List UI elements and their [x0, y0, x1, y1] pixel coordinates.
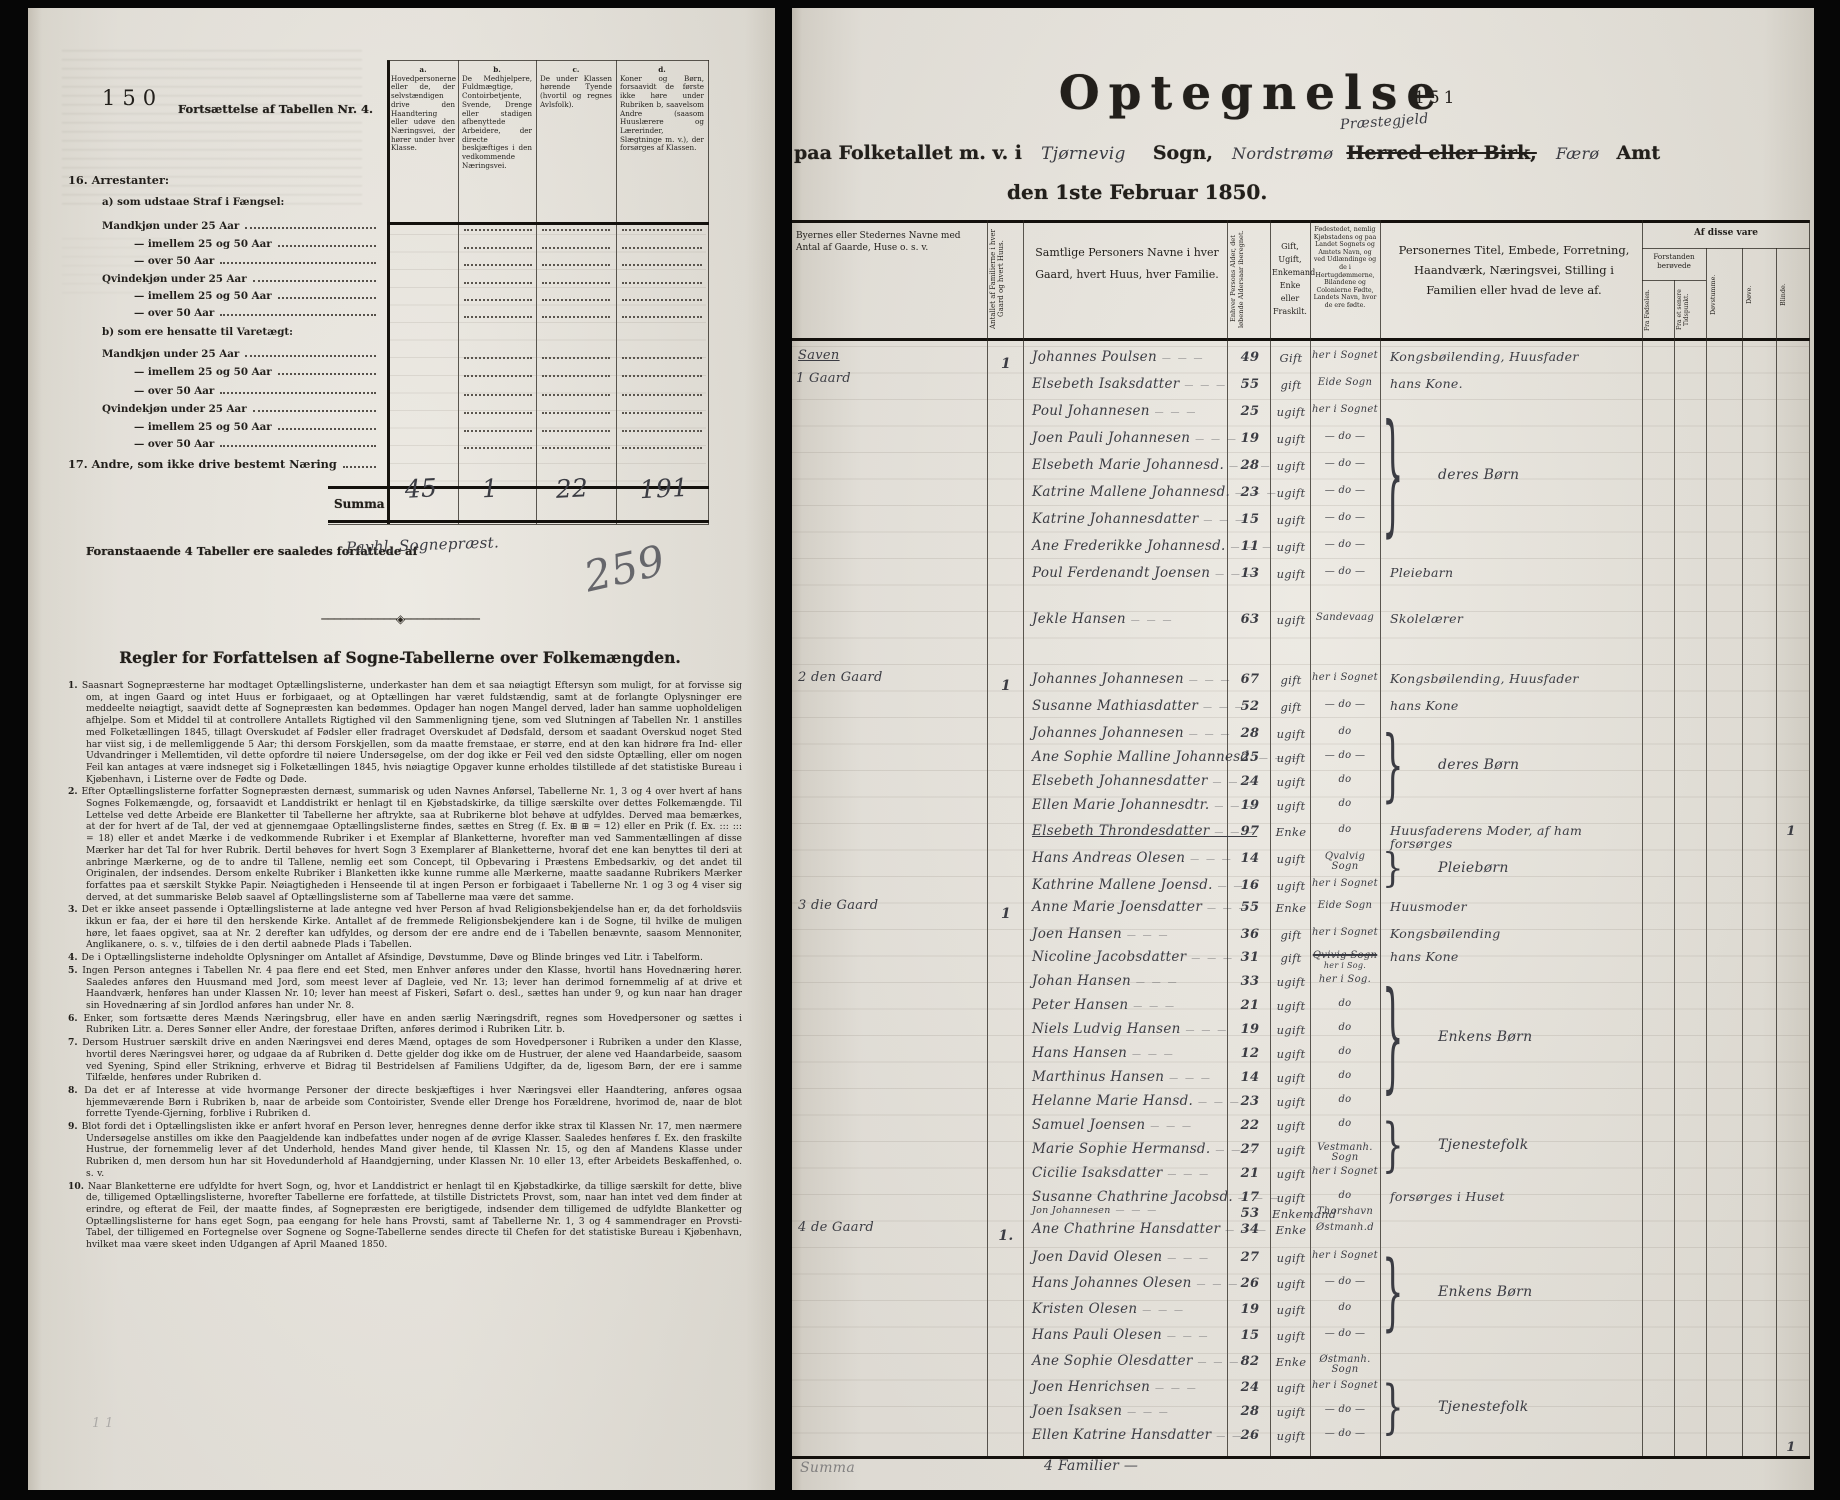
person-age: 55 [1234, 900, 1266, 915]
person-marital-status: ugift [1272, 1023, 1310, 1037]
summa-value: 22 [551, 473, 592, 504]
table-row-label: — imellem 25 og 50 Aar [134, 290, 380, 302]
person-birthplace: do [1312, 1303, 1378, 1313]
empty-dotted-cell [542, 446, 610, 449]
column-header-text: Koner og Børn, forsaavidt de første ikke… [620, 74, 704, 153]
amt-label: Amt [1616, 142, 1660, 164]
person-name: Johan Hansen [1032, 973, 1179, 989]
faint-pencil-mark: 1 1 [92, 1416, 114, 1431]
row-label: — over 50 Aar [134, 438, 214, 450]
person-name: Cicilie Isaksdatter [1032, 1165, 1210, 1181]
row-label: — imellem 25 og 50 Aar [134, 290, 272, 302]
person-age: 53 [1234, 1206, 1266, 1221]
person-marital-status: ugift [1272, 540, 1310, 554]
empty-dotted-cell [622, 446, 702, 449]
right-page: Optegnelse 151 Præstegjeld paa Folketall… [792, 8, 1814, 1490]
rule-number: 4. [68, 952, 81, 963]
header-bottom-line [792, 338, 1810, 341]
struck-birthplace: Qvivig Sogn [1313, 950, 1378, 961]
person-birthplace: her i Sognet [1312, 405, 1378, 415]
person-name: Katrine Johannesdatter [1032, 511, 1246, 527]
table-row-label: Qvindekjøn under 25 Aar [102, 403, 380, 415]
person-marital-status: gift [1272, 700, 1310, 714]
person-occupation: forsørges i Huset [1390, 1190, 1600, 1203]
table-row-label: 16. Arrestanter: [68, 173, 380, 187]
empty-dotted-cell [464, 446, 532, 449]
person-name: Niels Ludvig Hansen [1032, 1021, 1228, 1037]
person-age: 21 [1234, 998, 1266, 1013]
person-birthplace: — do — [1312, 486, 1378, 496]
rule-item: 6. Enker, som fortsætte deres Mænds Næri… [68, 1013, 742, 1036]
person-birthplace: do [1312, 999, 1378, 1009]
person-age: 27 [1234, 1142, 1266, 1157]
person-occupation: Huusmoder [1390, 900, 1600, 913]
person-birthplace: — do — [1312, 751, 1378, 761]
group-label: deres Børn [1438, 467, 1519, 483]
person-marital-status: ugift [1272, 405, 1310, 419]
empty-dotted-cell [464, 374, 532, 377]
rule-number: 9. [68, 1121, 82, 1132]
empty-dotted-cell [542, 374, 610, 377]
person-birthplace: Thorshavn [1312, 1207, 1378, 1217]
summa-value: 191 [635, 473, 692, 505]
group2-header-line [1642, 280, 1706, 281]
person-age: 14 [1234, 851, 1266, 866]
row-label: 16. Arrestanter: [68, 173, 169, 187]
table-row-label: Mandkjøn under 25 Aar [102, 348, 380, 360]
summa-value: 45 [399, 473, 442, 504]
dotted-leader [278, 296, 376, 299]
dotted-leader [220, 261, 376, 264]
person-marital-status: Enke [1272, 1355, 1310, 1369]
person-age: 63 [1234, 612, 1266, 627]
person-age: 26 [1234, 1428, 1266, 1443]
table-row-label: b) som ere hensatte til Varetægt: [102, 326, 380, 338]
household-place: Saven [798, 348, 840, 363]
header-names: Samtlige Personers Navne i hver Gaard, h… [1032, 242, 1222, 286]
person-name: Joen Hansen [1032, 926, 1170, 942]
person-birthplace: do [1312, 825, 1378, 835]
table-row-label: — imellem 25 og 50 Aar [134, 238, 380, 250]
sogn-label: Sogn, [1153, 142, 1213, 164]
person-birthplace: — do — [1312, 459, 1378, 469]
table-row-label: Qvindekjøn under 25 Aar [102, 273, 380, 285]
person-marital-status: gift [1272, 673, 1310, 687]
empty-dotted-cell [542, 429, 610, 432]
rule-item: 7. Dersom Hustruer særskilt drive en and… [68, 1037, 742, 1084]
person-marital-status: ugift [1272, 975, 1310, 989]
row-label: b) som ere hensatte til Varetægt: [102, 326, 293, 338]
empty-dotted-cell [622, 356, 702, 359]
person-name: Kathrine Mallene Joensd. [1032, 877, 1260, 893]
person-name: Jekle Hansen [1032, 611, 1174, 627]
person-marital-status: gift [1272, 928, 1310, 942]
person-marital-status: Enke [1272, 901, 1310, 915]
person-marital-status: ugift [1272, 1119, 1310, 1133]
table-row-label: — imellem 25 og 50 Aar [134, 366, 380, 378]
empty-dotted-cell [464, 298, 532, 301]
rule-number: 7. [68, 1037, 82, 1048]
person-birthplace: her i Sognet [1312, 673, 1378, 683]
rules-list: 1. Saasnart Sognepræsterne har modtaget … [68, 680, 742, 1252]
person-name: Jon Johannesen [1032, 1205, 1158, 1216]
person-marital-status: ugift [1272, 1251, 1310, 1265]
dotted-leader [343, 465, 376, 468]
household-place: 4 de Gaard [798, 1220, 874, 1235]
rule-item: 8. Da det er af Interesse at vide hvorma… [68, 1085, 742, 1120]
dotted-leader [220, 313, 376, 316]
person-name: Peter Hansen [1032, 997, 1176, 1013]
group-brace: } [1382, 845, 1404, 892]
household-family-count: 1 [992, 906, 1020, 922]
person-marital-status: ugift [1272, 852, 1310, 866]
header-doeve: Døve. [1745, 254, 1773, 336]
person-age: 26 [1234, 1276, 1266, 1291]
household-family-count: 1. [992, 1228, 1020, 1244]
row-label: Mandkjøn under 25 Aar [102, 220, 239, 232]
dotted-leader [245, 354, 376, 357]
person-age: 23 [1234, 1094, 1266, 1109]
empty-dotted-cell [464, 315, 532, 318]
table-continuation-title: Fortsættelse af Tabellen Nr. 4. [178, 102, 373, 116]
person-birthplace: — do — [1312, 540, 1378, 550]
column-header-d: d. Koner og Børn, forsaavidt de første i… [620, 66, 704, 153]
person-marital-status: Enke [1272, 825, 1310, 839]
table-row-label: — imellem 25 og 50 Aar [134, 421, 380, 433]
page-number: 150 [102, 86, 163, 110]
rule-number: 2. [68, 786, 81, 797]
rule-item: 10. Naar Blanketterne ere udfyldte for h… [68, 1181, 742, 1251]
person-age: 11 [1234, 539, 1266, 554]
person-name: Joen David Olesen [1032, 1249, 1210, 1265]
person-age: 28 [1234, 458, 1266, 473]
blinde-mark: 1 [1776, 824, 1806, 839]
person-age: 55 [1234, 377, 1266, 392]
empty-dotted-cell [542, 411, 610, 414]
rule-number: 10. [68, 1181, 88, 1192]
empty-dotted-cell [542, 298, 610, 301]
person-occupation: Kongsbøilending, Huusfader [1390, 350, 1600, 363]
person-name: Marie Sophie Hermansd. [1032, 1141, 1258, 1157]
header-doevstumme: Døvstumme. [1709, 254, 1739, 336]
person-name: Joen Pauli Johannesen [1032, 430, 1238, 446]
person-marital-status: ugift [1272, 1405, 1310, 1419]
rule-item: 5. Ingen Person antegnes i Tabellen Nr. … [68, 965, 742, 1012]
person-name: Johannes Johannesen [1032, 725, 1231, 741]
person-marital-status: ugift [1272, 727, 1310, 741]
empty-dotted-cell [542, 356, 610, 359]
group-label: Enkens Børn [1438, 1284, 1532, 1300]
dotted-leader [278, 372, 376, 375]
group-label: Tjenestefolk [1438, 1399, 1529, 1415]
dotted-leader [245, 226, 376, 229]
person-birthplace: Østmanh. Sogn [1312, 1355, 1378, 1375]
person-birthplace: Eide Sogn [1312, 901, 1378, 911]
table-row-label: Mandkjøn under 25 Aar [102, 220, 380, 232]
person-birthplace: — do — [1312, 567, 1378, 577]
person-age: 97 [1234, 824, 1266, 839]
person-age: 49 [1234, 350, 1266, 365]
person-age: 21 [1234, 1166, 1266, 1181]
person-name: Marthinus Hansen [1032, 1069, 1212, 1085]
column-header-b: b. De Medhjelpere, Fuldmægtige, Contoirb… [462, 66, 532, 170]
person-marital-status: ugift [1272, 486, 1310, 500]
header-marital: Gift, Ugift, Enkemand Enke eller Fraskil… [1272, 240, 1308, 318]
table-right-border [708, 60, 709, 524]
table-row-label: 17. Andre, som ikke drive bestemt Næring [68, 457, 380, 471]
row-label: Mandkjøn under 25 Aar [102, 348, 239, 360]
person-name: Hans Pauli Olesen [1032, 1327, 1210, 1343]
person-name: Helanne Marie Hansd. [1032, 1093, 1241, 1109]
person-occupation: Huusfaderens Moder, af ham forsørges [1390, 824, 1600, 850]
person-marital-status: ugift [1272, 1329, 1310, 1343]
header-fra-foedselen: Fra Fødselen. [1644, 284, 1672, 336]
column-header-c: c. De under Klassen hørende Tyende (hvor… [540, 66, 612, 110]
person-marital-status: ugift [1272, 799, 1310, 813]
person-age: 27 [1234, 1250, 1266, 1265]
person-age: 19 [1234, 431, 1266, 446]
brace-glyph: } [1382, 845, 1404, 892]
person-birthplace: — do — [1312, 513, 1378, 523]
person-age: 33 [1234, 974, 1266, 989]
empty-dotted-cell [622, 263, 702, 266]
brace-glyph: } [1382, 720, 1404, 812]
person-name: Susanne Mathiasdatter [1032, 698, 1246, 714]
person-marital-status: ugift [1272, 1047, 1310, 1061]
empty-dotted-cell [542, 393, 610, 396]
rule-item: 9. Blot fordi det i Optællingslisten ikk… [68, 1121, 742, 1180]
table-row-label: — over 50 Aar [134, 438, 380, 450]
header-birthplace: Fødestedet, nemlig Kjøbstadens og paa La… [1313, 226, 1377, 310]
rule-number: 6. [68, 1013, 84, 1024]
row-label: — over 50 Aar [134, 307, 214, 319]
left-page: 150 Fortsættelse af Tabellen Nr. 4. a. H… [28, 8, 775, 1490]
person-marital-status: Enke [1272, 1223, 1310, 1237]
person-age: 13 [1234, 566, 1266, 581]
subtitle-line: paa Folketallet m. v. i Tjørnevig Sogn, … [794, 142, 1794, 164]
person-name: Ellen Katrine Hansdatter [1032, 1427, 1259, 1443]
person-occupation: hans Kone [1390, 950, 1600, 963]
empty-dotted-cell [464, 356, 532, 359]
person-birthplace: Qvivig Sogn her i Sog. [1312, 951, 1378, 971]
rule-number: 3. [68, 904, 82, 915]
person-occupation: Kongsbøilending, Huusfader [1390, 672, 1600, 685]
footer-family-total: 4 Familier — [1044, 1458, 1138, 1474]
group-brace: } [1382, 1374, 1404, 1442]
person-name: Elsebeth Isaksdatter [1032, 376, 1227, 392]
person-marital-status: ugift [1272, 432, 1310, 446]
person-birthplace: Sandevaag [1312, 613, 1378, 623]
household-place: 3 die Gaard [798, 898, 878, 913]
group-brace: } [1382, 1244, 1404, 1342]
person-occupation: Skolelærer [1390, 612, 1600, 625]
person-name: Samuel Joensen [1032, 1117, 1193, 1133]
row-label: Qvindekjøn under 25 Aar [102, 403, 247, 415]
person-marital-status: ugift [1272, 613, 1310, 627]
person-marital-status: ugift [1272, 1303, 1310, 1317]
person-name: Johannes Poulsen [1032, 349, 1205, 365]
column-header-a: a. Hovedpersonerne eller de, der selvstæ… [391, 66, 455, 153]
household-place: 2 den Gaard [798, 670, 883, 685]
header-age: Enhver Persons Alder, det løbende Alders… [1229, 224, 1268, 334]
household-place-sub: 1 Gaard [796, 371, 851, 386]
header-families: Antallet af Familierne i hver Gaard og h… [989, 224, 1021, 334]
person-birthplace: her i Sognet [1312, 928, 1378, 938]
header-places: Byernes eller Stedernes Navne med Antal … [796, 230, 980, 254]
table-row-label: — over 50 Aar [134, 307, 380, 319]
empty-dotted-cell [542, 228, 610, 231]
person-birthplace: — do — [1312, 1277, 1378, 1287]
page-number: 151 [1414, 88, 1458, 108]
rule-item: 1. Saasnart Sognepræsterne har modtaget … [68, 680, 742, 785]
person-marital-status: ugift [1272, 459, 1310, 473]
group-label: Pleiebørn [1438, 860, 1509, 876]
person-age: 15 [1234, 1328, 1266, 1343]
person-name: Hans Andreas Olesen [1032, 850, 1233, 866]
person-age: 31 [1234, 950, 1266, 965]
person-birthplace: do [1312, 727, 1378, 737]
person-name: Ellen Marie Johannesdtr. [1032, 797, 1257, 813]
person-marital-status: ugift [1272, 879, 1310, 893]
table-bottom-line-2 [328, 524, 709, 525]
person-birthplace: do [1312, 775, 1378, 785]
empty-dotted-cell [622, 246, 702, 249]
person-marital-status: ugift [1272, 1071, 1310, 1085]
brace-glyph: } [1382, 968, 1404, 1108]
person-birthplace: — do — [1312, 1329, 1378, 1339]
subtitle-printed-pre: paa Folketallet m. v. i [794, 142, 1022, 164]
person-marital-status: gift [1272, 378, 1310, 392]
person-name: Elsebeth Throndesdatter [1032, 823, 1257, 839]
empty-dotted-cell [542, 246, 610, 249]
table-top-line [387, 60, 709, 61]
person-age: 36 [1234, 927, 1266, 942]
person-name: Poul Johannesen [1032, 403, 1197, 419]
person-marital-status: ugift [1272, 1095, 1310, 1109]
person-name: Joen Isaksen [1032, 1403, 1170, 1419]
rule-item: 3. Det er ikke anseet passende i Optælli… [68, 904, 742, 951]
table-bottom-line [328, 520, 709, 523]
empty-dotted-cell [622, 298, 702, 301]
handwritten-amt-name: Færø [1556, 144, 1600, 163]
person-age: 19 [1234, 1022, 1266, 1037]
brace-glyph: } [1382, 398, 1404, 553]
column-header-text: Hovedpersonerne eller de, der selvstændi… [391, 74, 456, 153]
header-group-af-disse-vare: Af disse vare [1642, 228, 1810, 238]
person-age: 14 [1234, 1070, 1266, 1085]
row-label: 17. Andre, som ikke drive bestemt Næring [68, 457, 337, 471]
person-marital-status: ugift [1272, 567, 1310, 581]
person-name: Anne Marie Joensdatter [1032, 899, 1250, 915]
person-age: 25 [1234, 750, 1266, 765]
person-name: Joen Henrichsen [1032, 1379, 1198, 1395]
person-birthplace: Vestmanh. Sogn [1312, 1143, 1378, 1163]
empty-dotted-cell [542, 315, 610, 318]
person-age: 23 [1234, 485, 1266, 500]
person-age: 67 [1234, 672, 1266, 687]
empty-dotted-cell [622, 429, 702, 432]
brace-glyph: } [1382, 1112, 1404, 1180]
person-marital-status: ugift [1272, 751, 1310, 765]
empty-dotted-cell [464, 393, 532, 396]
handwritten-herred-name: Nordstrømø [1232, 144, 1333, 163]
person-age: 34 [1234, 1222, 1266, 1237]
person-birthplace: her i Sog. [1312, 975, 1378, 985]
person-age: 12 [1234, 1046, 1266, 1061]
person-birthplace: do [1312, 1095, 1378, 1105]
header-occupation: Personernes Titel, Embede, Forretning, H… [1390, 240, 1638, 300]
person-occupation: hans Kone [1390, 699, 1600, 712]
group-brace: } [1382, 398, 1404, 553]
person-marital-status: gift [1272, 951, 1310, 965]
summa-value: 1 [479, 473, 500, 503]
group-brace: } [1382, 1112, 1404, 1180]
person-age: 16 [1234, 878, 1266, 893]
person-age: 19 [1234, 1302, 1266, 1317]
rule-number: 5. [68, 965, 82, 976]
person-occupation: Kongsbøilending [1390, 927, 1600, 940]
row-label: a) som udstaae Straf i Fængsel: [102, 196, 284, 208]
header-forstanden-beroevede: Forstanden berøvede [1642, 252, 1706, 270]
row-label: Qvindekjøn under 25 Aar [102, 273, 247, 285]
person-birthplace: — do — [1312, 1429, 1378, 1439]
row-label: — imellem 25 og 50 Aar [134, 421, 272, 433]
person-name: Hans Hansen [1032, 1045, 1175, 1061]
person-birthplace: Qvalvig Sogn [1312, 852, 1378, 872]
priest-signature: Payhl, Sognepræst. [346, 533, 500, 556]
row-label: — over 50 Aar [134, 255, 214, 267]
dotted-leader [253, 279, 376, 282]
group-label: Tjenestefolk [1438, 1137, 1529, 1153]
rules-heading: Regler for Forfattelsen af Sogne-Tabelle… [64, 648, 736, 667]
person-age: 24 [1234, 774, 1266, 789]
person-birthplace: her i Sognet [1312, 879, 1378, 889]
person-age: 28 [1234, 1404, 1266, 1419]
person-occupation: Pleiebarn [1390, 566, 1600, 579]
household-family-count: 1 [992, 356, 1020, 372]
person-name: Nicoline Jacobsdatter [1032, 949, 1234, 965]
person-marital-status: Enkemand [1272, 1207, 1310, 1221]
handwritten-sogn-name: Tjørnevig [1041, 144, 1126, 164]
person-birthplace: do [1312, 1023, 1378, 1033]
dotted-leader [220, 391, 376, 394]
dotted-leader [278, 244, 376, 247]
empty-dotted-cell [622, 315, 702, 318]
summa-label: Summa [334, 497, 385, 511]
person-marital-status: ugift [1272, 1429, 1310, 1443]
person-age: 25 [1234, 404, 1266, 419]
group-brace: } [1382, 720, 1404, 812]
person-birthplace: do [1312, 1047, 1378, 1057]
person-birthplace: do [1312, 1191, 1378, 1201]
person-occupation: hans Kone. [1390, 377, 1600, 390]
rule-item: 4. De i Optællingslisterne indeholdte Op… [68, 952, 742, 964]
empty-dotted-cell [622, 281, 702, 284]
empty-dotted-cell [622, 228, 702, 231]
empty-dotted-cell [464, 246, 532, 249]
person-birthplace: — do — [1312, 1405, 1378, 1415]
person-marital-status: ugift [1272, 1277, 1310, 1291]
table-row-label: — over 50 Aar [134, 255, 380, 267]
corrected-birthplace: her i Sog. [1324, 961, 1366, 970]
person-age: 28 [1234, 726, 1266, 741]
footer-summa: Summa [800, 1460, 855, 1476]
person-birthplace: — do — [1312, 700, 1378, 710]
person-birthplace: do [1312, 799, 1378, 809]
row-label: — imellem 25 og 50 Aar [134, 238, 272, 250]
dotted-leader [253, 409, 376, 412]
person-birthplace: her i Sognet [1312, 351, 1378, 361]
